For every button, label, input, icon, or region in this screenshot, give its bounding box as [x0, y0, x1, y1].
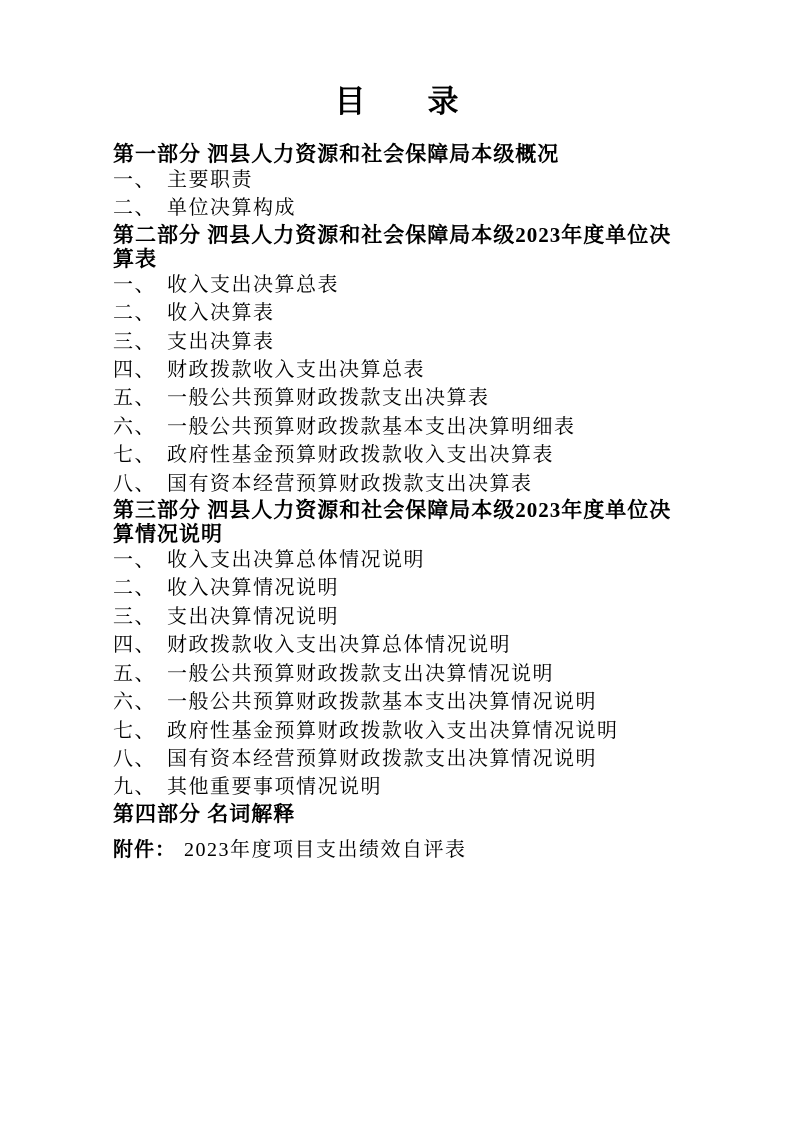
attachment-text: 2023年度项目支出绩效自评表 — [184, 839, 467, 861]
doc-title: 目 录 — [113, 84, 680, 120]
toc-item: 九、其他重要事项情况说明 — [113, 773, 680, 801]
toc-item-text: 国有资本经营预算财政拨款支出决算情况说明 — [167, 748, 597, 770]
toc-item-number: 六、 — [113, 691, 156, 713]
toc-item-number: 一、 — [113, 549, 156, 571]
toc-item: 二、收入决算情况说明 — [113, 574, 680, 602]
toc-item: 四、财政拨款收入支出决算总表 — [113, 356, 680, 384]
toc-item: 七、政府性基金预算财政拨款收入支出决算表 — [113, 441, 680, 469]
toc-item-text: 其他重要事项情况说明 — [167, 776, 382, 798]
toc-item-number: 九、 — [113, 776, 156, 798]
toc-item: 三、支出决算情况说明 — [113, 603, 680, 631]
attachment-line: 附件：2023年度项目支出绩效自评表 — [113, 836, 680, 864]
toc-item-text: 一般公共预算财政拨款基本支出决算明细表 — [167, 416, 576, 438]
toc-item-text: 支出决算表 — [167, 331, 275, 353]
toc-item-text: 主要职责 — [167, 169, 253, 191]
toc-item-text: 一般公共预算财政拨款支出决算表 — [167, 387, 490, 409]
part-heading-3: 第三部分 泗县人力资源和社会保障局本级2023年度单位决算情况说明 — [113, 498, 680, 546]
toc-item: 四、财政拨款收入支出决算总体情况说明 — [113, 631, 680, 659]
toc-item: 六、一般公共预算财政拨款基本支出决算情况说明 — [113, 688, 680, 716]
toc-item-number: 一、 — [113, 274, 156, 296]
toc-item: 五、一般公共预算财政拨款支出决算表 — [113, 384, 680, 412]
toc-item-number: 八、 — [113, 473, 156, 495]
toc-item: 一、收入支出决算总表 — [113, 271, 680, 299]
toc-item: 八、国有资本经营预算财政拨款支出决算情况说明 — [113, 745, 680, 773]
toc-item-text: 政府性基金预算财政拨款收入支出决算情况说明 — [167, 720, 619, 742]
toc-item-text: 一般公共预算财政拨款基本支出决算情况说明 — [167, 691, 597, 713]
part-heading-4: 第四部分 名词解释 — [113, 802, 680, 826]
toc-item-text: 收入决算表 — [167, 302, 275, 324]
toc-item-number: 八、 — [113, 748, 156, 770]
toc-item: 二、收入决算表 — [113, 299, 680, 327]
toc-item: 三、支出决算表 — [113, 328, 680, 356]
toc-item: 五、一般公共预算财政拨款支出决算情况说明 — [113, 660, 680, 688]
part-heading-2: 第二部分 泗县人力资源和社会保障局本级2023年度单位决算表 — [113, 223, 680, 271]
toc-item-number: 六、 — [113, 416, 156, 438]
toc-item: 一、主要职责 — [113, 166, 680, 194]
toc-item-number: 七、 — [113, 444, 156, 466]
toc-content: 目 录 第一部分 泗县人力资源和社会保障局本级概况 一、主要职责 二、单位决算构… — [113, 84, 680, 864]
toc-item-text: 收入支出决算总体情况说明 — [167, 549, 425, 571]
toc-item: 六、一般公共预算财政拨款基本支出决算明细表 — [113, 413, 680, 441]
toc-item-number: 四、 — [113, 634, 156, 656]
toc-item-number: 一、 — [113, 169, 156, 191]
toc-item-number: 五、 — [113, 663, 156, 685]
toc-item: 二、单位决算构成 — [113, 194, 680, 222]
attachment-label: 附件： — [113, 839, 176, 861]
part-heading-1: 第一部分 泗县人力资源和社会保障局本级概况 — [113, 142, 680, 166]
toc-item-number: 二、 — [113, 197, 156, 219]
toc-item-text: 收入支出决算总表 — [167, 274, 339, 296]
toc-item-number: 三、 — [113, 331, 156, 353]
toc-item-text: 单位决算构成 — [167, 197, 296, 219]
toc-item-text: 国有资本经营预算财政拨款支出决算表 — [167, 473, 533, 495]
toc-item-number: 五、 — [113, 387, 156, 409]
toc-item-text: 收入决算情况说明 — [167, 577, 339, 599]
toc-item: 八、国有资本经营预算财政拨款支出决算表 — [113, 470, 680, 498]
toc-item-number: 七、 — [113, 720, 156, 742]
toc-item: 一、收入支出决算总体情况说明 — [113, 546, 680, 574]
toc-item-text: 财政拨款收入支出决算总体情况说明 — [167, 634, 511, 656]
toc-item-text: 一般公共预算财政拨款支出决算情况说明 — [167, 663, 554, 685]
toc-item-number: 二、 — [113, 302, 156, 324]
toc-item-text: 支出决算情况说明 — [167, 606, 339, 628]
toc-item-number: 二、 — [113, 577, 156, 599]
toc-item-text: 财政拨款收入支出决算总表 — [167, 359, 425, 381]
toc-item-text: 政府性基金预算财政拨款收入支出决算表 — [167, 444, 554, 466]
toc-item-number: 四、 — [113, 359, 156, 381]
toc-item-number: 三、 — [113, 606, 156, 628]
toc-item: 七、政府性基金预算财政拨款收入支出决算情况说明 — [113, 717, 680, 745]
document-page: 目 录 第一部分 泗县人力资源和社会保障局本级概况 一、主要职责 二、单位决算构… — [0, 0, 793, 1122]
